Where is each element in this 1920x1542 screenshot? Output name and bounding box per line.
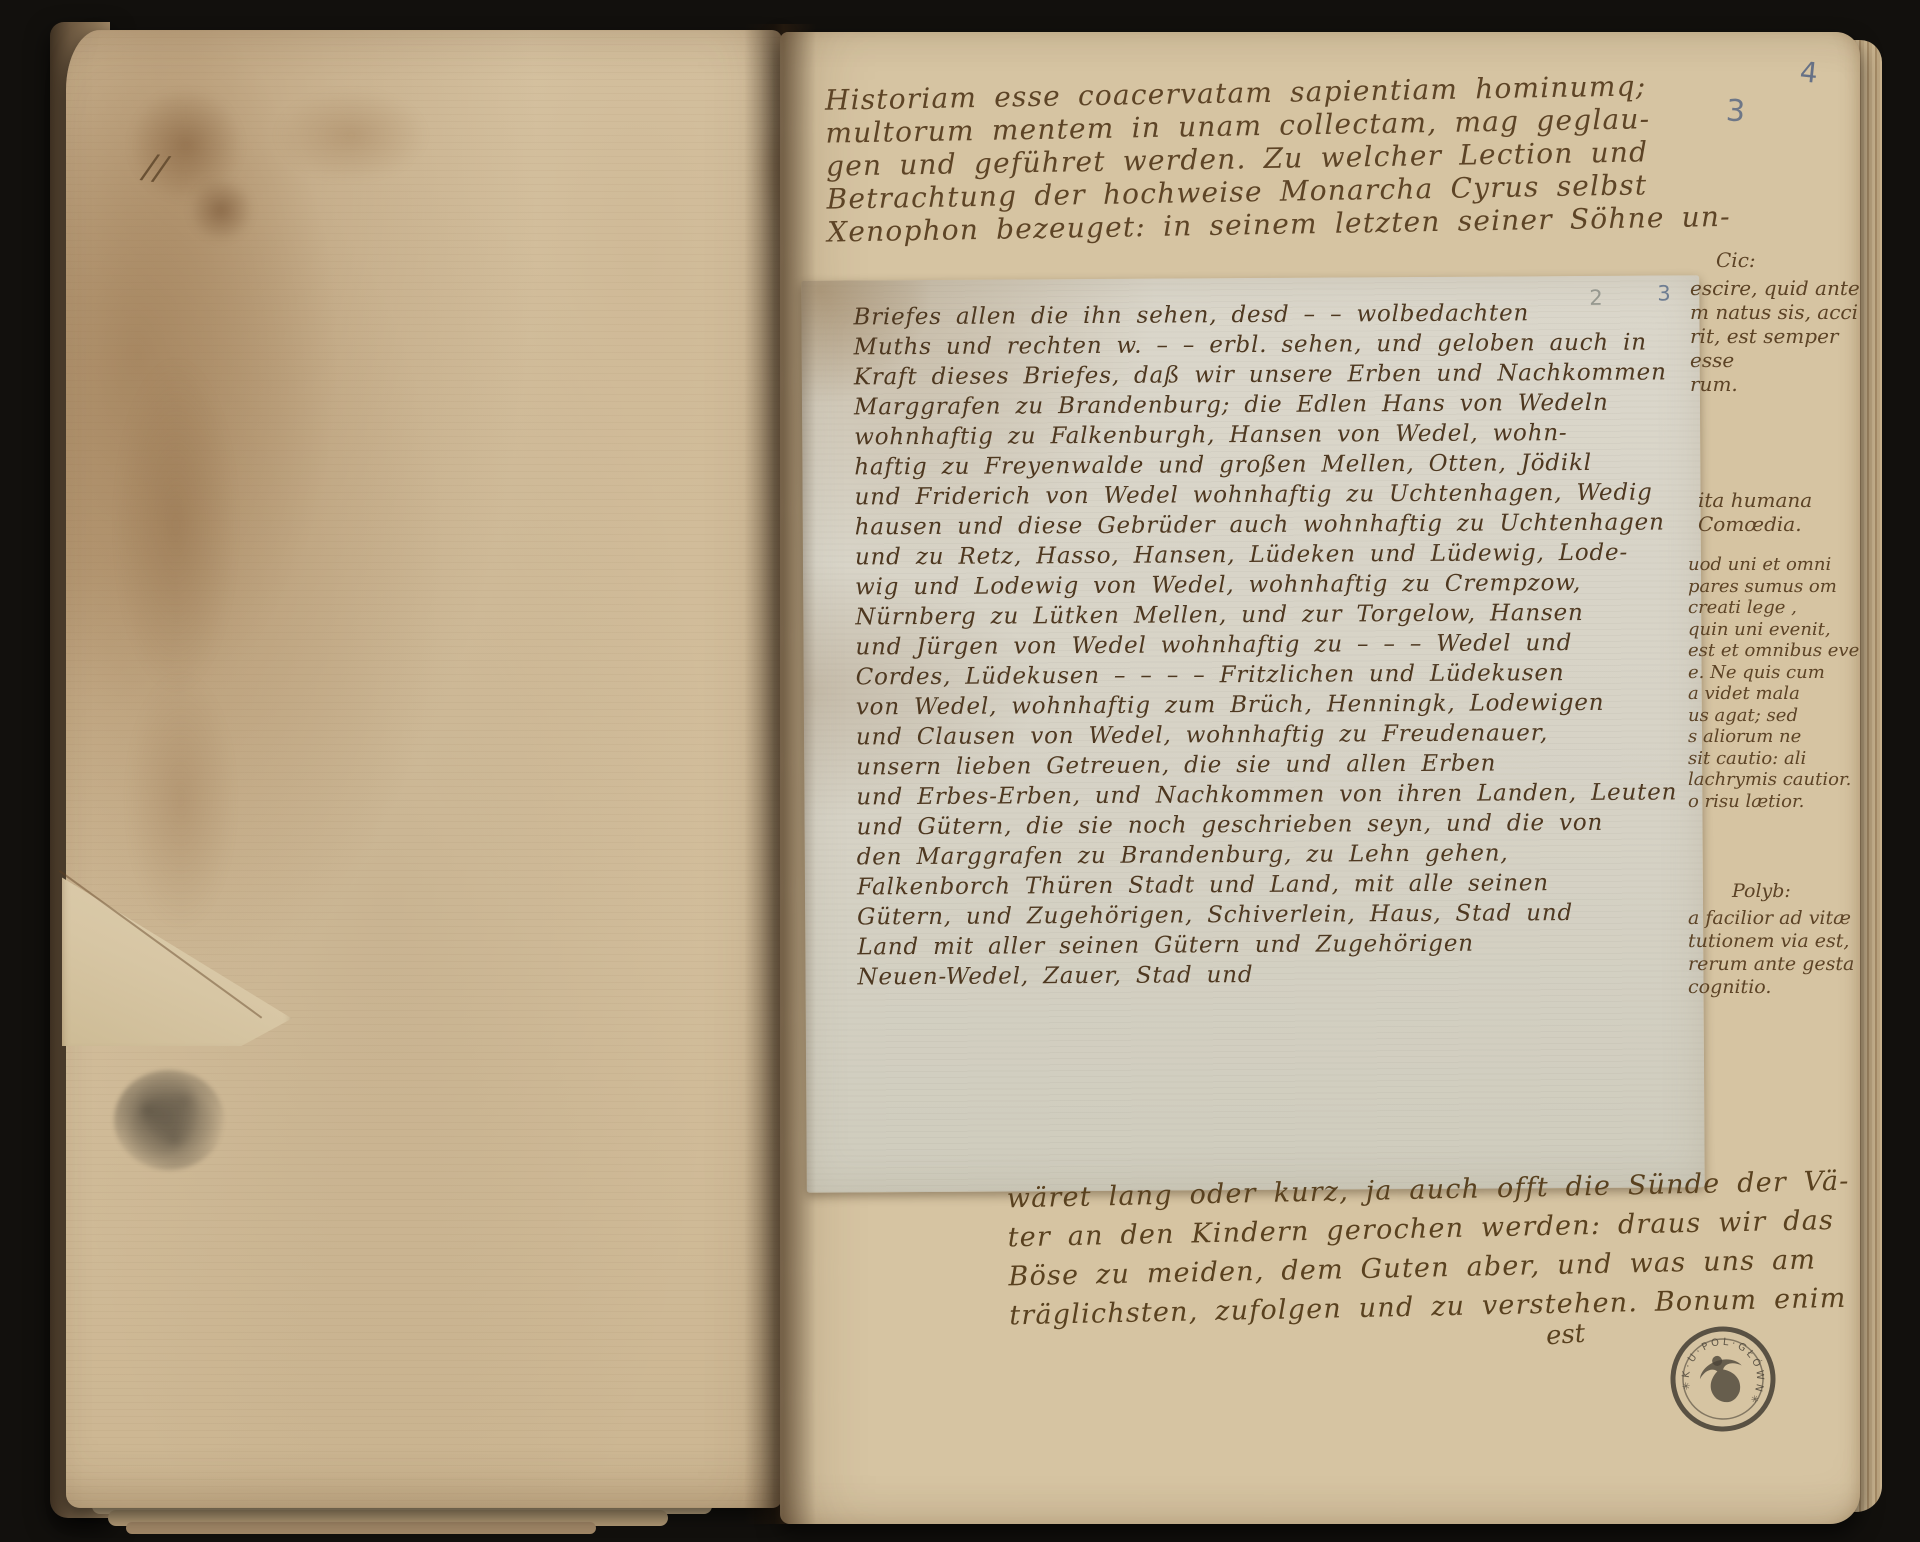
top-handwriting-block: Historiam esse coacervatam sapientiam ho… [825, 68, 1708, 248]
folio-number-inner: 3 [1725, 93, 1746, 129]
handwriting-line: Falkenborch Thüren Stadt und Land, mit a… [857, 867, 1677, 902]
inset-sheet-handwriting-block: Briefes allen die ihn sehen, desd – – wo… [853, 297, 1677, 992]
margin-note-line: quin uni evenit, [1688, 619, 1859, 641]
ink-stain [276, 90, 426, 180]
handwriting-line: Gütern, und Zugehörigen, Schiverlein, Ha… [857, 897, 1677, 932]
margin-note-line: a facilior ad vitæ [1688, 907, 1854, 930]
margin-note-line: pares sumus om [1688, 576, 1859, 598]
margin-note-lines: uod uni et omnipares sumus omcreati lege… [1688, 554, 1859, 812]
pasted-inset-sheet: 2 3 Briefes allen die ihn sehen, desd – … [801, 275, 1705, 1192]
margin-note-lines: a facilior ad vitætutionem via est,rerum… [1688, 907, 1854, 999]
margin-note-line: est et omnibus eve [1688, 640, 1859, 662]
page-edge-stack [126, 1522, 596, 1534]
margin-note-line: escire, quid ante [1690, 276, 1860, 300]
margin-note-polybius: Polyb: a facilior ad vitætutionem via es… [1688, 880, 1854, 999]
handwriting-line: und Gütern, die sie noch geschrieben sey… [856, 807, 1676, 842]
margin-note-line: s aliorum ne [1688, 726, 1859, 748]
margin-note-label: Polyb: [1732, 880, 1854, 903]
margin-note-line: sit cautio: ali [1688, 748, 1859, 770]
handwriting-line: Neuen-Wedel, Zauer, Stad und [857, 957, 1677, 992]
manuscript-scan: ∕∕ 3 4 Historiam esse coacervatam sapien… [0, 0, 1920, 1542]
left-page: ∕∕ [66, 30, 782, 1508]
margin-note-line: ita humana [1698, 488, 1812, 512]
margin-note-line: lachrymis cautior. [1688, 769, 1859, 791]
library-stamp: ✳K·U·POL·GŁÓWN✳ [1654, 1310, 1793, 1449]
folio-number-outer: 4 [1798, 55, 1819, 90]
right-page: 3 4 Historiam esse coacervatam sapientia… [780, 32, 1860, 1524]
catchword: est [1545, 1319, 1586, 1352]
eagle-stamp-icon: ✳K·U·POL·GŁÓWN✳ [1654, 1310, 1793, 1449]
ink-stain [116, 360, 236, 690]
ink-stain [186, 180, 256, 240]
margin-note-lines: ita humanaComœdia. [1698, 488, 1812, 536]
margin-note-line: a videt mala [1688, 683, 1859, 705]
margin-note-line: uod uni et omni [1688, 554, 1859, 576]
margin-note-line: us agat; sed [1688, 705, 1859, 727]
margin-note-label: Cic: [1716, 248, 1860, 272]
margin-note-line: o risu lætior. [1688, 791, 1859, 813]
margin-note-line: cognitio. [1688, 976, 1854, 999]
bottom-handwriting-block: wäret lang oder kurz, ja auch offt die S… [1006, 1165, 1709, 1336]
margin-note-line: rerum ante gesta [1688, 953, 1854, 976]
margin-note-quod-uni: uod uni et omnipares sumus omcreati lege… [1688, 554, 1859, 812]
margin-note-line: creati lege , [1688, 597, 1859, 619]
margin-note-line: m natus sis, acci [1690, 300, 1860, 324]
ink-stain [126, 670, 236, 930]
margin-note-lines: escire, quid antem natus sis, accirit, e… [1690, 276, 1860, 396]
margin-note-line: rit, est semper esse [1690, 324, 1860, 372]
margin-note-line: rum. [1690, 372, 1860, 396]
faded-stamp-smudge [114, 1070, 224, 1170]
margin-note-vita-humana: ita humanaComœdia. [1698, 488, 1812, 536]
margin-note-line: Comœdia. [1698, 512, 1812, 536]
handwriting-line: den Marggrafen zu Brandenburg, zu Lehn g… [857, 837, 1677, 872]
margin-note-line: e. Ne quis cum [1688, 662, 1859, 684]
margin-note-line: tutionem via est, [1688, 930, 1854, 953]
handwriting-line: Land mit aller seinen Gütern und Zugehör… [857, 927, 1677, 962]
handwriting-line: von Wedel, wohnhaftig zum Brüch, Henning… [856, 687, 1676, 722]
margin-note-cicero: Cic: escire, quid antem natus sis, accir… [1690, 248, 1860, 396]
